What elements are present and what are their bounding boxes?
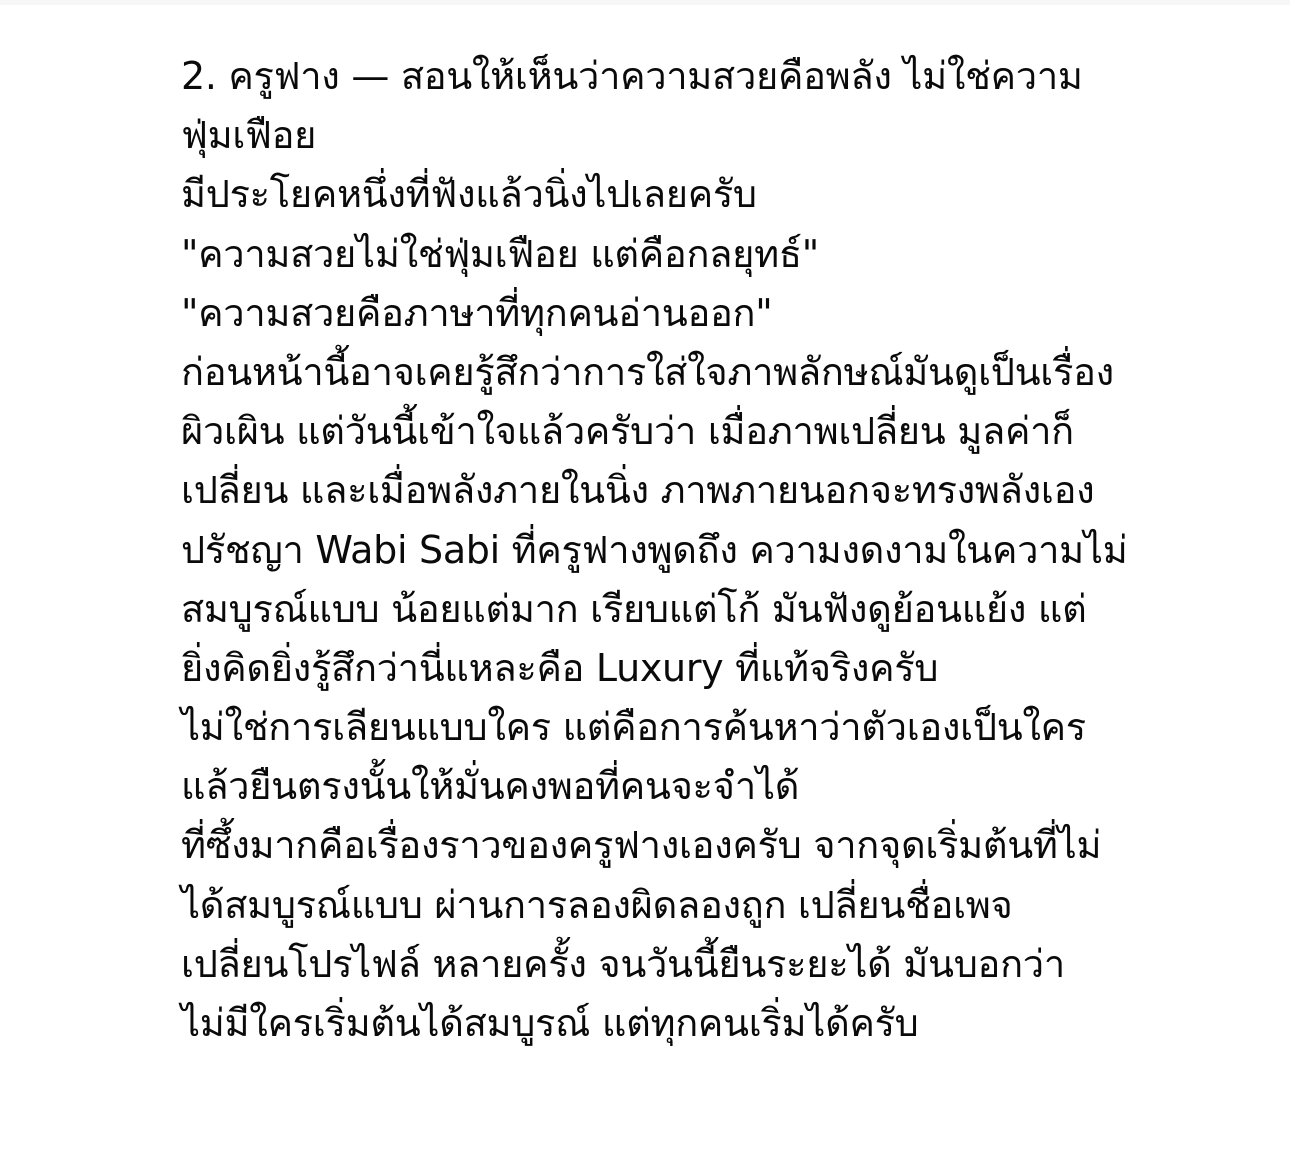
text-line: สมบูรณ์แบบ น้อยแต่มาก เรียบแต่โก้ มันฟัง… [181, 580, 1281, 639]
text-line: เปลี่ยน และเมื่อพลังภายในนิ่ง ภาพภายนอกจ… [181, 461, 1281, 520]
section-heading: 2. ครูฟาง — สอนให้เห็นว่าความสวยคือพลัง … [181, 47, 1281, 165]
paragraph-story: ที่ซึ้งมากคือเรื่องราวของครูฟางเองครับ จ… [181, 816, 1281, 1053]
quote-2: "ความสวยคือภาษาที่ทุกคนอ่านออก" [181, 284, 1281, 343]
paragraph-image-value: ก่อนหน้านี้อาจเคยรู้สึกว่าการใส่ใจภาพลัก… [181, 343, 1281, 521]
text-line: ปรัชญา Wabi Sabi ที่ครูฟางพูดถึง ความงดง… [181, 521, 1281, 580]
quote-line: "ความสวยคือภาษาที่ทุกคนอ่านออก" [181, 284, 1281, 343]
text-line: ได้สมบูรณ์แบบ ผ่านการลองผิดลองถูก เปลี่ย… [181, 876, 1281, 935]
heading-line: ฟุ่มเฟือย [181, 106, 1281, 165]
text-line: ไม่ใช่การเลียนแบบใคร แต่คือการค้นหาว่าตั… [181, 698, 1281, 757]
heading-line: 2. ครูฟาง — สอนให้เห็นว่าความสวยคือพลัง … [181, 47, 1281, 106]
text-line: แล้วยืนตรงนั้นให้มั่นคงพอที่คนจะจำได้ [181, 757, 1281, 816]
paragraph-intro: มีประโยคหนึ่งที่ฟังแล้วนิ่งไปเลยครับ [181, 165, 1281, 224]
quote-1: "ความสวยไม่ใช่ฟุ่มเฟือย แต่คือกลยุทธ์" [181, 225, 1281, 284]
text-line: ที่ซึ้งมากคือเรื่องราวของครูฟางเองครับ จ… [181, 816, 1281, 875]
quote-line: "ความสวยไม่ใช่ฟุ่มเฟือย แต่คือกลยุทธ์" [181, 225, 1281, 284]
text-line: เปลี่ยนโปรไฟล์ หลายครั้ง จนวันนี้ยืนระยะ… [181, 935, 1281, 994]
text-line: ไม่มีใครเริ่มต้นได้สมบูรณ์ แต่ทุกคนเริ่ม… [181, 994, 1281, 1053]
text-line: ยิ่งคิดยิ่งรู้สึกว่านี่แหละคือ Luxury ที… [181, 639, 1281, 698]
paragraph-wabi-sabi: ปรัชญา Wabi Sabi ที่ครูฟางพูดถึง ความงดง… [181, 521, 1281, 699]
text-line: ก่อนหน้านี้อาจเคยรู้สึกว่าการใส่ใจภาพลัก… [181, 343, 1281, 402]
document-body: 2. ครูฟาง — สอนให้เห็นว่าความสวยคือพลัง … [181, 47, 1281, 1053]
paragraph-identity: ไม่ใช่การเลียนแบบใคร แต่คือการค้นหาว่าตั… [181, 698, 1281, 816]
text-line: มีประโยคหนึ่งที่ฟังแล้วนิ่งไปเลยครับ [181, 165, 1281, 224]
text-line: ผิวเผิน แต่วันนี้เข้าใจแล้วครับว่า เมื่อ… [181, 402, 1281, 461]
top-edge-band [0, 0, 1290, 5]
